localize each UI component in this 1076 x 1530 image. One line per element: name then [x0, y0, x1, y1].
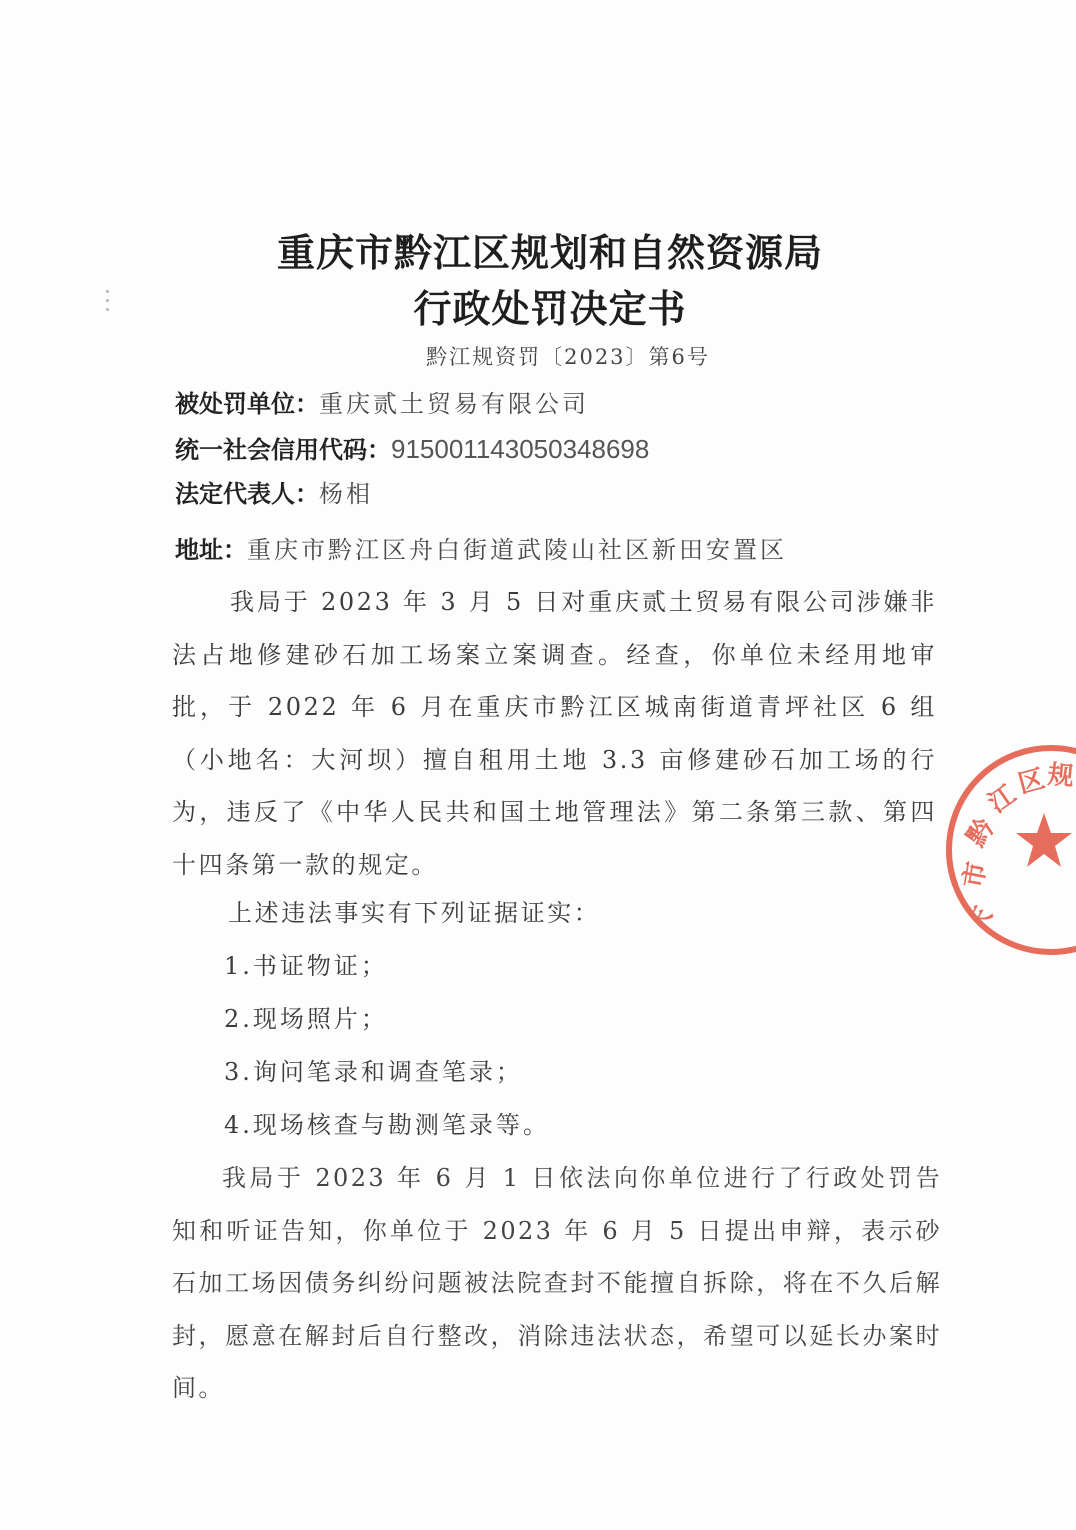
- credit-code-field: 统一社会信用代码：915001143050348698: [175, 430, 649, 465]
- issuer-title: 重庆市黔江区规划和自然资源局: [12, 222, 1076, 277]
- seal-text-fragment: 区: [1014, 758, 1049, 800]
- address-field: 地址：重庆市黔江区舟白街道武陵山社区新田安置区: [175, 530, 787, 565]
- address-label: 地址：: [175, 536, 247, 564]
- seal-text-fragment: 庆: [954, 899, 999, 940]
- legal-representative-label: 法定代表人：: [175, 480, 319, 508]
- defense-paragraph: 我局于 2023 年 6 月 1 日依法向你单位进行了行政处罚告知和听证告知，你…: [172, 1152, 942, 1415]
- seal-text-fragment: 黔: [956, 810, 1001, 853]
- evidence-intro: 上述违法事实有下列证据证实：: [228, 893, 600, 928]
- seal-text-fragment: 规: [1046, 754, 1075, 793]
- address-value: 重庆市黔江区舟白街道武陵山社区新田安置区: [247, 536, 787, 564]
- facts-paragraph: 我局于 2023 年 3 月 5 日对重庆贰土贸易有限公司涉嫌非法占地修建砂石加…: [172, 576, 937, 891]
- evidence-item: 2.现场照片；: [224, 999, 388, 1034]
- legal-representative-value: 杨相: [319, 480, 373, 508]
- seal-ring: 庆 市 黔 江 区 规: [946, 745, 1076, 955]
- seal-text-fragment: 市: [953, 858, 994, 890]
- document-number: 黔江规资罚〔2023〕第6号: [0, 341, 1076, 371]
- document-page: 重庆市黔江区规划和自然资源局 行政处罚决定书 黔江规资罚〔2023〕第6号 被处…: [0, 0, 1076, 1530]
- penalized-unit-field: 被处罚单位：重庆贰土贸易有限公司: [175, 384, 589, 419]
- evidence-item: 4.现场核查与勘测笔录等。: [224, 1105, 550, 1140]
- credit-code-value: 915001143050348698: [391, 434, 649, 464]
- star-icon: [1014, 811, 1074, 871]
- credit-code-label: 统一社会信用代码：: [175, 436, 391, 464]
- legal-representative-field: 法定代表人：杨相: [175, 474, 373, 509]
- official-seal: 庆 市 黔 江 区 规: [946, 740, 1076, 960]
- penalized-unit-value: 重庆贰土贸易有限公司: [319, 390, 589, 418]
- document-title: 行政处罚决定书: [12, 278, 1076, 333]
- penalized-unit-label: 被处罚单位：: [175, 390, 319, 418]
- evidence-item: 3.询问笔录和调查笔录；: [224, 1052, 523, 1087]
- evidence-item: 1.书证物证；: [224, 946, 388, 981]
